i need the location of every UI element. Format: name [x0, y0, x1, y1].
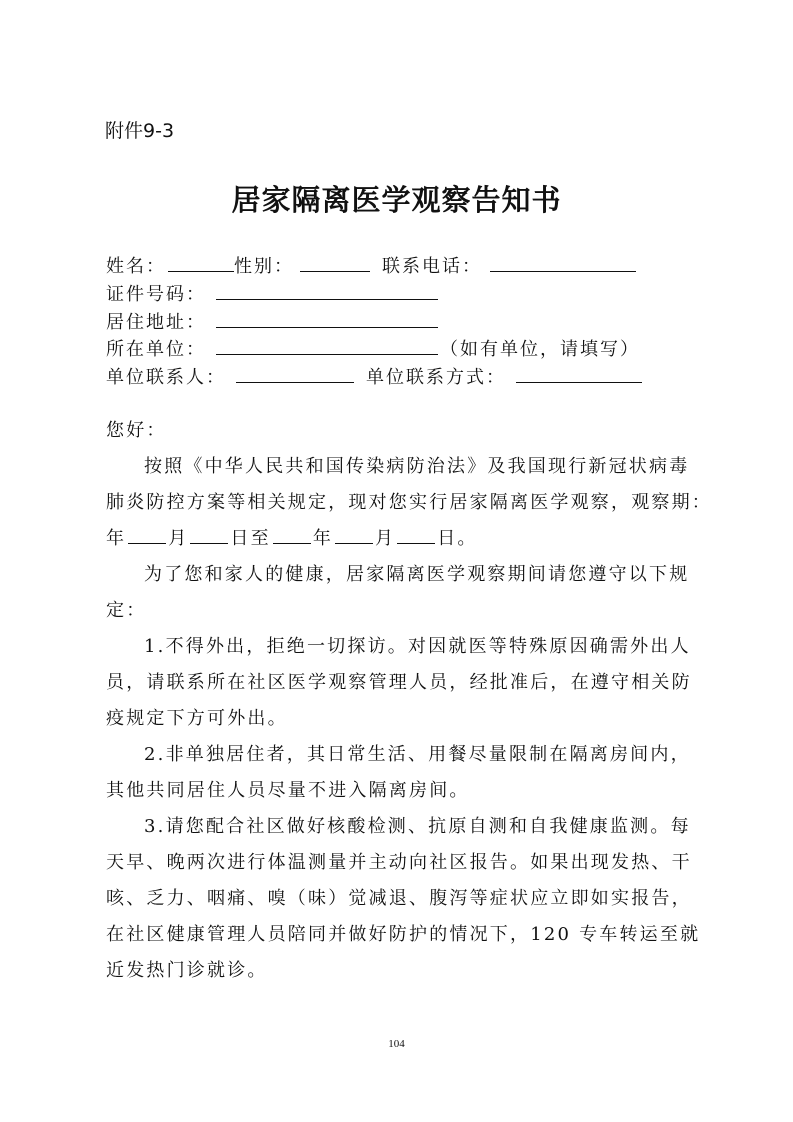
- gender-label: 性别：: [234, 256, 294, 277]
- rule-1-line1: 1.不得外出，拒绝一切探访。对因就医等特殊原因确需外出人: [106, 629, 716, 665]
- row-address: 居住地址：: [106, 309, 444, 335]
- annex-label: 附件9-3: [105, 116, 174, 143]
- gender-field[interactable]: [300, 253, 370, 272]
- name-field[interactable]: [168, 253, 234, 272]
- employer-note: （如有单位，请填写）: [440, 339, 640, 360]
- address-label: 居住地址：: [106, 312, 206, 333]
- phone-field[interactable]: [490, 253, 636, 272]
- rule-3-line4: 在社区健康管理人员陪同并做好防护的情况下，120 专车转运至就: [106, 917, 716, 953]
- start-day-blank[interactable]: [190, 525, 228, 544]
- row-name-gender-phone: 姓名：性别：联系电话：: [106, 253, 642, 279]
- rule-2-line1: 2.非单独居住者，其日常生活、用餐尽量限制在隔离房间内，: [106, 737, 716, 773]
- start-year-label: 年: [106, 528, 126, 549]
- start-day-label: 日至: [230, 528, 270, 549]
- rule-3-line3: 咳、乏力、咽痛、嗅（味）觉减退、腹泻等症状应立即如实报告，: [106, 881, 716, 917]
- paragraph-legal-basis-line1: 按照《中华人民共和国传染病防治法》及我国现行新冠状病毒: [106, 449, 716, 485]
- employer-label: 所在单位：: [106, 339, 206, 360]
- rule-3-line1: 3.请您配合社区做好核酸检测、抗原自测和自我健康监测。每: [106, 809, 716, 845]
- paragraph-legal-basis-line2: 肺炎防控方案等相关规定，现对您实行居家隔离医学观察，观察期：: [106, 485, 716, 521]
- rule-3-line5: 近发热门诊就诊。: [106, 953, 716, 989]
- rule-2-line2: 其他共同居住人员尽量不进入隔离房间。: [106, 773, 716, 809]
- end-day-label: 日。: [437, 528, 477, 549]
- document-title: 居家隔离医学观察告知书: [0, 178, 793, 219]
- id-field[interactable]: [216, 281, 438, 300]
- paragraph-intro-line2: 定：: [106, 593, 716, 629]
- employer-contact-field[interactable]: [236, 364, 354, 383]
- employer-contact-method-label: 单位联系方式：: [366, 367, 506, 388]
- row-id: 证件号码：: [106, 281, 444, 307]
- page-number: 104: [0, 1038, 793, 1050]
- notice-body: 您好： 按照《中华人民共和国传染病防治法》及我国现行新冠状病毒 肺炎防控方案等相…: [106, 413, 716, 989]
- employer-contact-label: 单位联系人：: [106, 367, 226, 388]
- paragraph-intro-line1: 为了您和家人的健康，居家隔离医学观察期间请您遵守以下规: [106, 557, 716, 593]
- end-day-blank[interactable]: [397, 525, 435, 544]
- rule-1-line3: 疫规定下方可外出。: [106, 701, 716, 737]
- employer-field[interactable]: [216, 336, 438, 355]
- row-employer-contact: 单位联系人：单位联系方式：: [106, 364, 648, 390]
- end-month-label: 月: [375, 528, 395, 549]
- name-label: 姓名：: [106, 256, 166, 277]
- phone-label: 联系电话：: [382, 256, 482, 277]
- row-employer: 所在单位：（如有单位，请填写）: [106, 336, 640, 362]
- end-year-label: 年: [313, 528, 333, 549]
- id-label: 证件号码：: [106, 284, 206, 305]
- start-month-label: 月: [168, 528, 188, 549]
- end-year-blank[interactable]: [273, 525, 311, 544]
- end-month-blank[interactable]: [335, 525, 373, 544]
- observation-period: 年月日至年月日。: [106, 521, 716, 557]
- start-month-blank[interactable]: [128, 525, 166, 544]
- address-field[interactable]: [216, 309, 438, 328]
- greeting: 您好：: [106, 413, 716, 449]
- rule-1-line2: 员，请联系所在社区医学观察管理人员，经批准后，在遵守相关防: [106, 665, 716, 701]
- employer-contact-method-field[interactable]: [516, 364, 642, 383]
- rule-3-line2: 天早、晚两次进行体温测量并主动向社区报告。如果出现发热、干: [106, 845, 716, 881]
